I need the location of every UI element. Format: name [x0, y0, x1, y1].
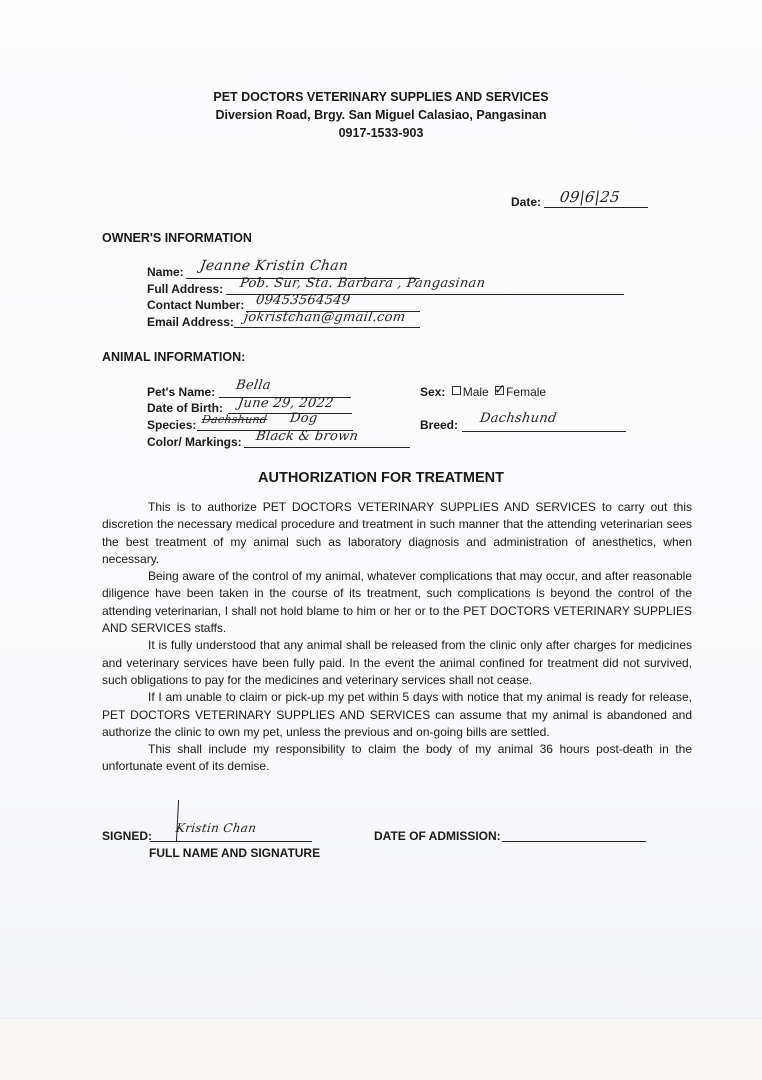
sex-male-label: Male: [463, 385, 489, 399]
signature-field[interactable]: Kristin Chan: [175, 821, 257, 835]
sex-female-label: Female: [506, 385, 546, 399]
owner-section-title: OWNER'S INFORMATION: [102, 231, 252, 245]
color-line: [244, 447, 410, 448]
dob-field[interactable]: June 29, 2022: [237, 396, 335, 411]
sex-group: Sex: Male Female: [420, 385, 546, 399]
color-label: Color/ Markings:: [147, 435, 242, 449]
authorization-paragraph: If I am unable to claim or pick-up my pe…: [102, 689, 692, 741]
business-phone: 0917-1533-903: [0, 126, 762, 140]
date-label: Date:: [511, 195, 541, 209]
pet-name-label: Pet's Name:: [147, 385, 215, 399]
owner-email-label: Email Address:: [147, 315, 234, 329]
date-value[interactable]: 09|6|25: [559, 188, 621, 206]
signature-caption: FULL NAME AND SIGNATURE: [149, 846, 320, 860]
owner-address-label: Full Address:: [147, 282, 223, 296]
signature-line: [150, 841, 312, 842]
admission-line[interactable]: [502, 841, 646, 842]
species-struck-value: Dachshund: [201, 413, 268, 426]
breed-line: [462, 431, 626, 432]
business-address: Diversion Road, Brgy. San Miguel Calasia…: [0, 108, 762, 122]
breed-field[interactable]: Dachshund: [479, 411, 558, 426]
document-page: PET DOCTORS VETERINARY SUPPLIES AND SERV…: [0, 0, 762, 1018]
authorization-paragraph: This is to authorize PET DOCTORS VETERIN…: [102, 499, 692, 568]
admission-label: DATE OF ADMISSION:: [374, 829, 501, 843]
owner-email-line: [234, 327, 420, 328]
species-field[interactable]: Dog: [289, 411, 319, 426]
authorization-body: This is to authorize PET DOCTORS VETERIN…: [102, 499, 692, 776]
sex-male-checkbox[interactable]: [452, 386, 461, 395]
authorization-title: AUTHORIZATION FOR TREATMENT: [0, 470, 762, 486]
authorization-paragraph: Being aware of the control of my animal,…: [102, 568, 692, 637]
color-field[interactable]: Black & brown: [255, 429, 359, 444]
female-check-mark-icon: ✓: [494, 381, 506, 398]
owner-name-label: Name:: [147, 265, 184, 279]
animal-section-title: ANIMAL INFORMATION:: [102, 350, 245, 364]
owner-email-field[interactable]: jokristchan@gmail.com: [243, 310, 406, 325]
owner-address-field[interactable]: Pob. Sur, Sta. Barbara , Pangasinan: [239, 276, 486, 291]
owner-contact-label: Contact Number:: [147, 298, 244, 312]
date-line: [544, 207, 648, 208]
pet-name-field[interactable]: Bella: [235, 378, 272, 393]
authorization-paragraph: This shall include my responsibility to …: [102, 741, 692, 776]
breed-label: Breed:: [420, 418, 458, 432]
authorization-paragraph: It is fully understood that any animal s…: [102, 637, 692, 689]
scan-background: [0, 1018, 762, 1080]
sex-label: Sex:: [420, 385, 445, 399]
species-label: Species:: [147, 418, 196, 432]
business-name: PET DOCTORS VETERINARY SUPPLIES AND SERV…: [0, 90, 762, 104]
owner-name-field[interactable]: Jeanne Kristin Chan: [199, 258, 349, 274]
owner-contact-field[interactable]: 09453564549: [255, 293, 351, 308]
signed-label: SIGNED:: [102, 829, 152, 843]
